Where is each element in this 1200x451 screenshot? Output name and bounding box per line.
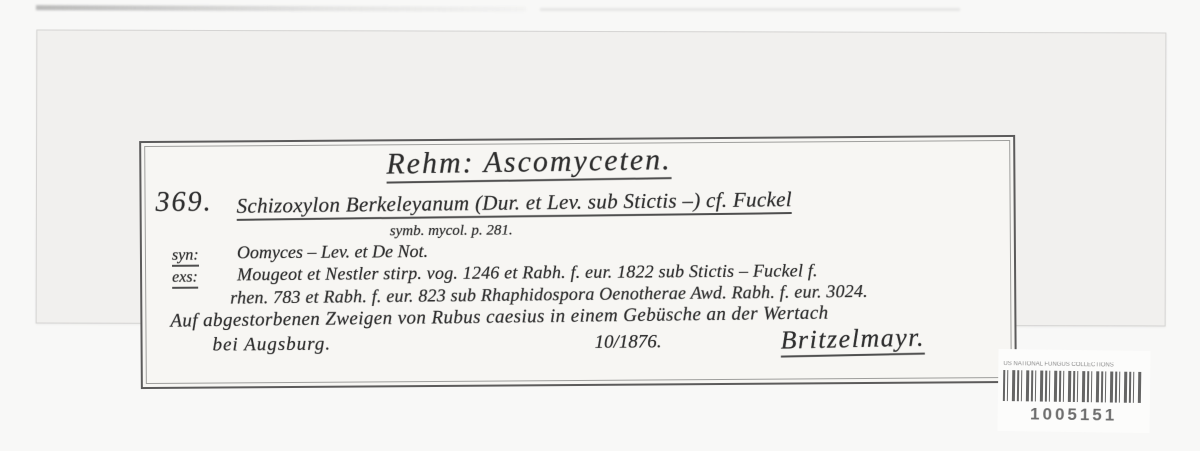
barcode-icon xyxy=(1003,370,1141,403)
species-name-text: Schizoxylon Berkeleyanum (Dur. et Lev. s… xyxy=(236,187,792,221)
collector-signature: Britzelmayr. xyxy=(780,323,925,356)
exs-label: exs: xyxy=(172,269,198,287)
specimen-scan: Rehm: Ascomyceten. 369. Schizoxylon Berk… xyxy=(0,0,1200,451)
scan-edge-streak-2 xyxy=(540,8,960,11)
syn-text: Oomyces – Lev. et De Not. xyxy=(237,241,428,263)
collection-date: 10/1876. xyxy=(594,331,661,353)
barcode-sticker: US NATIONAL FUNGUS COLLECTIONS 1005151 xyxy=(997,349,1150,433)
collector-signature-text: Britzelmayr. xyxy=(780,323,925,358)
specimen-number: 369. xyxy=(155,187,212,219)
label-header-text: Rehm: Ascomyceten. xyxy=(386,143,672,183)
reference-line: symb. mycol. p. 281. xyxy=(390,222,513,240)
collection-name: US NATIONAL FUNGUS COLLECTIONS xyxy=(1003,361,1145,369)
barcode-number: 1005151 xyxy=(998,404,1150,426)
label-header: Rehm: Ascomyceten. xyxy=(386,143,672,181)
syn-label: syn: xyxy=(172,247,199,265)
specimen-label: Rehm: Ascomyceten. 369. Schizoxylon Berk… xyxy=(139,135,1017,389)
habitat-line-2: bei Augsburg. xyxy=(212,334,331,357)
syn-label-text: syn: xyxy=(172,247,199,267)
exs-label-text: exs: xyxy=(172,269,198,289)
scan-edge-streak xyxy=(36,5,526,12)
species-name: Schizoxylon Berkeleyanum (Dur. et Lev. s… xyxy=(236,187,792,219)
